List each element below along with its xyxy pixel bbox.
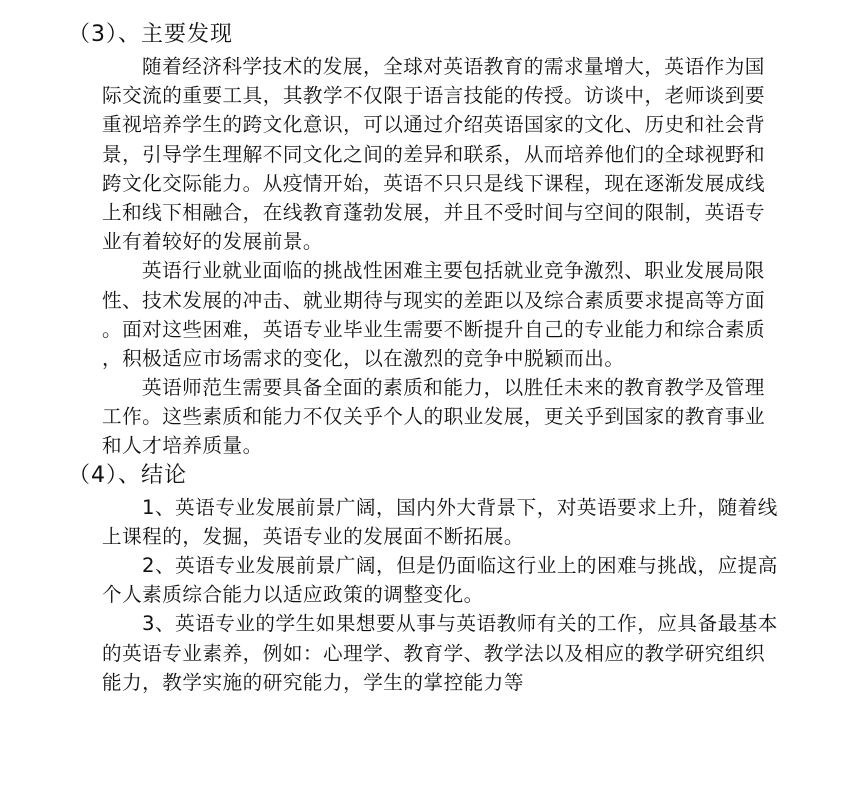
- text-line: ，积极适应市场需求的变化，以在激烈的竞争中脱颖而出。: [62, 344, 814, 373]
- text-line: 英语行业就业面临的挑战性困难主要包括就业竞争激烈、职业发展局限: [62, 256, 814, 285]
- text-line: 随着经济科学技术的发展，全球对英语教育的需求量增大，英语作为国: [62, 52, 814, 81]
- section-heading-conclusion: （4）、结论: [68, 461, 814, 493]
- paragraph-findings-3: 英语师范生需要具备全面的素质和能力，以胜任未来的教育教学及管理 工作。这些素质和…: [62, 373, 814, 461]
- paragraph-findings-2: 英语行业就业面临的挑战性困难主要包括就业竞争激烈、职业发展局限 性、技术发展的冲…: [62, 256, 814, 373]
- paragraph-conclusion-3: 3、英语专业的学生如果想要从事与英语教师有关的工作，应具备最基本 的英语专业素养…: [62, 609, 814, 697]
- text-line: 和人才培养质量。: [62, 431, 814, 460]
- paragraph-conclusion-1: 1、英语专业发展前景广阔，国内外大背景下，对英语要求上升，随着线 上课程的，发掘…: [62, 493, 814, 551]
- paragraph-findings-1: 随着经济科学技术的发展，全球对英语教育的需求量增大，英语作为国 际交流的重要工具…: [62, 52, 814, 256]
- text-line: 上课程的，发掘，英语专业的发展面不断拓展。: [62, 522, 814, 551]
- text-line: 。面对这些困难，英语专业毕业生需要不断提升自己的专业能力和综合素质: [62, 315, 814, 344]
- text-line: 跨文化交际能力。从疫情开始，英语不只只是线下课程，现在逐渐发展成线: [62, 169, 814, 198]
- text-line: 个人素质综合能力以适应政策的调整变化。: [62, 580, 814, 609]
- text-line: 性、技术发展的冲击、就业期待与现实的差距以及综合素质要求提高等方面: [62, 286, 814, 315]
- text-line: 能力，教学实施的研究能力，学生的掌控能力等: [62, 668, 814, 697]
- text-line: 上和线下相融合，在线教育蓬勃发展，并且不受时间与空间的限制，英语专: [62, 198, 814, 227]
- text-line: 重视培养学生的跨文化意识，可以通过介绍英语国家的文化、历史和社会背: [62, 110, 814, 139]
- text-line: 1、英语专业发展前景广阔，国内外大背景下，对英语要求上升，随着线: [62, 493, 814, 522]
- text-line: 英语师范生需要具备全面的素质和能力，以胜任未来的教育教学及管理: [62, 373, 814, 402]
- text-line: 的英语专业素养，例如：心理学、教育学、教学法以及相应的教学研究组织: [62, 639, 814, 668]
- document-page: （3）、主要发现 随着经济科学技术的发展，全球对英语教育的需求量增大，英语作为国…: [62, 20, 814, 697]
- section-heading-findings: （3）、主要发现: [68, 20, 814, 52]
- text-line: 2、英语专业发展前景广阔，但是仍面临这行业上的困难与挑战，应提高: [62, 551, 814, 580]
- text-line: 3、英语专业的学生如果想要从事与英语教师有关的工作，应具备最基本: [62, 609, 814, 638]
- text-line: 景，引导学生理解不同文化之间的差异和联系，从而培养他们的全球视野和: [62, 140, 814, 169]
- text-line: 际交流的重要工具，其教学不仅限于语言技能的传授。访谈中，老师谈到要: [62, 81, 814, 110]
- text-line: 工作。这些素质和能力不仅关乎个人的职业发展，更关乎到国家的教育事业: [62, 402, 814, 431]
- paragraph-conclusion-2: 2、英语专业发展前景广阔，但是仍面临这行业上的困难与挑战，应提高 个人素质综合能…: [62, 551, 814, 609]
- text-line: 业有着较好的发展前景。: [62, 227, 814, 256]
